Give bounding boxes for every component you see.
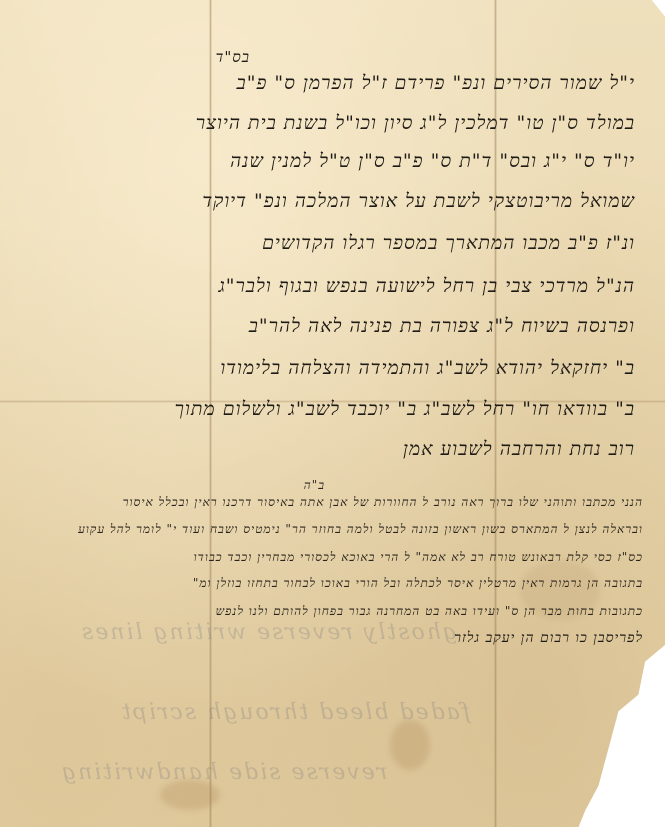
postscript-line-2: ובראלה לנצן ל המתארס בשון ראשון בזונה לב… (78, 522, 643, 537)
letter-line-8: ב" יחזקאל יהודא לשב"ג והתמידה והצלחה בלי… (220, 357, 635, 380)
postscript-mark: ב"ה (304, 478, 325, 493)
letter-line-3: יו"ד ס" י"ג ובס" ד"ת ס" פ"ב ס"ן ט"ל למני… (230, 150, 635, 173)
signature: לפריסבן כו רבום הן יעקב גלזר (454, 630, 643, 647)
letter-line-6: הנ"ל מרדכי צבי בן רחל לישועה בנפש ובגוף … (218, 275, 635, 298)
letter-line-10: רוב נחת והרחבה לשבוע אמן (403, 438, 635, 461)
header-mark: בס"ד (216, 48, 250, 67)
postscript-line-3: כס"ז כסי קלת רבאונש טורח רב לא אמה" ל הר… (194, 550, 643, 565)
letter-line-9: ב" בוודאו חו" רחל לשב"ג ב" יוכבד לשב"ג ו… (175, 398, 635, 421)
bleed-through-text: reverse side handwriting (60, 760, 387, 785)
bleed-through-text: ghostly reverse writing lines (80, 620, 457, 645)
letter-paper: ghostly reverse writing lines faded blee… (0, 0, 665, 827)
letter-line-5: ונ"ז פ"ב מכבו המתארך במספר רגלו הקדושים (262, 232, 635, 255)
letter-line-1: י"ל שמור הסירים ונפ" פרידם ז"ל הפרמן ס" … (237, 72, 635, 95)
postscript-line-1: הנני מכתבו ותוהני שלו ברוך ראה נורב ל הח… (123, 495, 643, 510)
letter-line-7: ופרנסה בשיוח ל"ג צפורה בת פנינה לאה להר"… (249, 315, 635, 338)
postscript-line-5: כתגובות בחות מבר הן ס" ועידו באה בט המחר… (216, 604, 643, 619)
letter-line-2: במולד ס"ן טו" דמלכין ל"ג סיון וכו"ל בשנת… (196, 112, 635, 135)
stain (390, 720, 430, 770)
postscript-line-4: בתגובה הן גרמות ראין מרטלין איסר לכתלה ו… (193, 576, 643, 591)
letter-line-4: שמואל מריבוטצקי לשבת על אוצר המלכה ונפ" … (202, 190, 635, 213)
bleed-through-text: faded bleed through script (120, 700, 470, 725)
